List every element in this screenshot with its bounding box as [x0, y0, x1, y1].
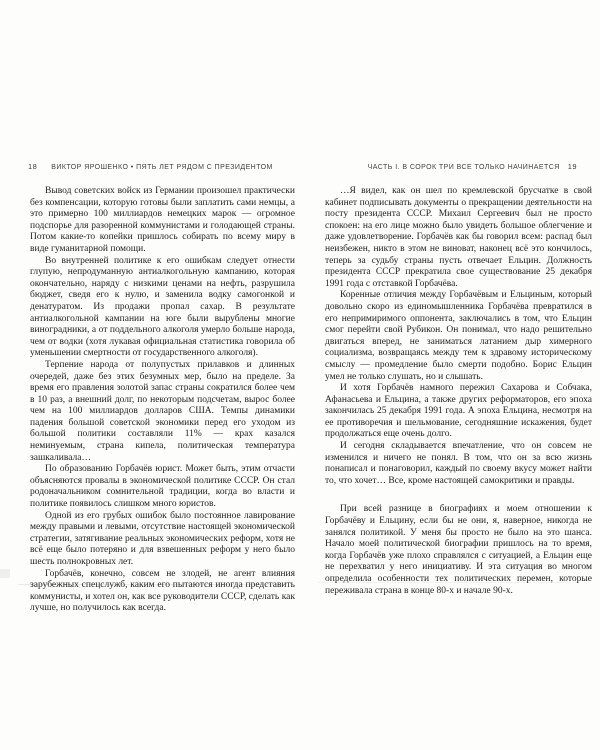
paragraph: По образованию Горбачёв юрист. Может быт…: [30, 464, 295, 510]
paragraph: Горбачёв, конечно, совсем не злодей, не …: [30, 569, 295, 615]
text-column-left: Вывод советских войск из Германии произо…: [30, 186, 295, 615]
paragraph: Коренные отличия между Горбачёвым и Ельц…: [325, 290, 592, 383]
scan-artifact-line: [18, 584, 286, 585]
paragraph: Во внутренней политике к его ошибкам сле…: [30, 256, 295, 360]
text-column-right: …Я видел, как он шел по кремлевской брус…: [325, 186, 592, 597]
scan-smudge: [0, 569, 10, 578]
paragraph: При всей разнице в биографиях и моем отн…: [325, 504, 592, 597]
book-spread: 18ВИКТОР ЯРОШЕНКО • ПЯТЬ ЛЕТ РЯДОМ С ПРЕ…: [0, 0, 600, 750]
paragraph: И хотя Горбачёв намного пережил Сахарова…: [325, 383, 592, 441]
page-number-left: 18: [28, 162, 37, 171]
running-head-right: ЧАСТЬ I. В СОРОК ТРИ ВСЕ ТОЛЬКО НАЧИНАЕТ…: [368, 162, 577, 171]
running-head-left: 18ВИКТОР ЯРОШЕНКО • ПЯТЬ ЛЕТ РЯДОМ С ПРЕ…: [28, 162, 273, 171]
page-number-right: 19: [568, 162, 577, 171]
paragraph: Терпение народа от полупустых прилавков …: [30, 360, 295, 464]
paragraph: …Я видел, как он шел по кремлевской брус…: [325, 186, 592, 290]
paragraph: Вывод советских войск из Германии произо…: [30, 186, 295, 256]
scan-artifact-line: [318, 582, 580, 583]
page-right: ЧАСТЬ I. В СОРОК ТРИ ВСЕ ТОЛЬКО НАЧИНАЕТ…: [300, 0, 600, 750]
paragraph: И сегодня складывается впечатление, что …: [325, 441, 592, 487]
page-left: 18ВИКТОР ЯРОШЕНКО • ПЯТЬ ЛЕТ РЯДОМ С ПРЕ…: [0, 0, 300, 750]
running-title-left: ВИКТОР ЯРОШЕНКО • ПЯТЬ ЛЕТ РЯДОМ С ПРЕЗИ…: [51, 164, 273, 171]
running-title-right: ЧАСТЬ I. В СОРОК ТРИ ВСЕ ТОЛЬКО НАЧИНАЕТ…: [368, 164, 560, 171]
paragraph: Одной из его грубых ошибок было постоянн…: [30, 511, 295, 569]
